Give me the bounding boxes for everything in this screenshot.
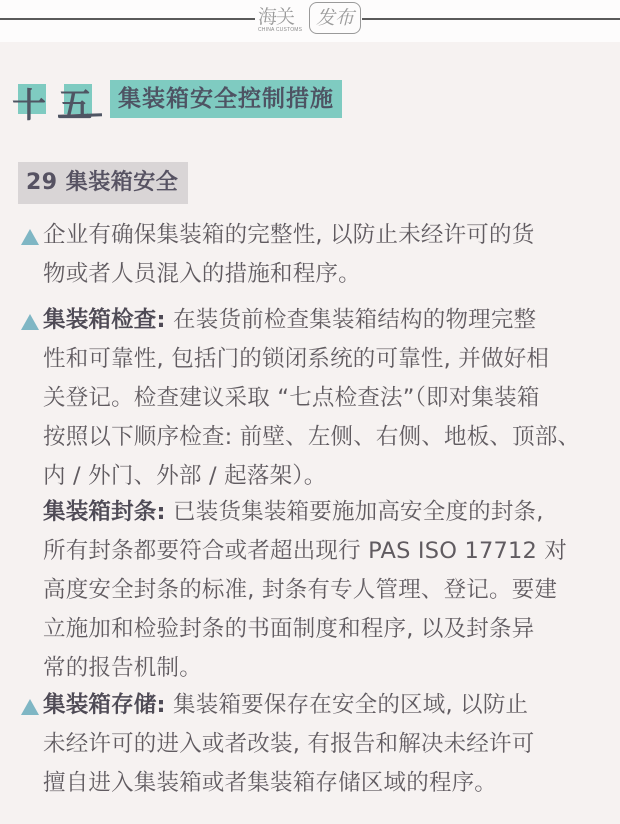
section-number-char: 十 <box>12 78 46 127</box>
paragraph-line: 未经许可的进入或者改装, 有报告和解决未经许可 <box>43 725 615 764</box>
paragraph-line: 集装箱封条: 已装货集装箱要施加高安全度的封条, <box>43 493 615 532</box>
item-label: 集装箱封条: <box>43 499 166 525</box>
paragraph-line: 集装箱存储: 集装箱要保存在安全的区域, 以防止 <box>43 686 615 725</box>
paragraph-line: 高度安全封条的标准, 封条有专人管理、登记。要建 <box>43 571 615 610</box>
list-item: 集装箱封条: 已装货集装箱要施加高安全度的封条, 所有封条都要符合或者超出现行 … <box>43 493 615 688</box>
paragraph-text: 在装货前检查集装箱结构的物理完整 <box>166 307 537 333</box>
paragraph-line: 立施加和检验封条的书面制度和程序, 以及封条异 <box>43 610 615 649</box>
item-label: 集装箱存储: <box>43 692 166 718</box>
item-label: 集装箱检查: <box>43 307 166 333</box>
paragraph-line: 性和可靠性, 包括门的锁闭系统的可靠性, 并做好相 <box>43 340 615 379</box>
paragraph-line: 关登记。检查建议采取 “七点检查法”（即对集装箱 <box>43 379 615 418</box>
paragraph-text: 集装箱要保存在安全的区域, 以防止 <box>166 692 529 718</box>
paragraph-line: 集装箱检查: 在装货前检查集装箱结构的物理完整 <box>43 301 615 340</box>
logo-main-text: 海关 <box>258 2 294 29</box>
list-item: 企业有确保集装箱的完整性, 以防止未经许可的货 物或者人员混入的措施和程序。 <box>43 216 615 294</box>
paragraph-line: 按照以下顺序检查: 前壁、左侧、右侧、地板、顶部、 <box>43 418 615 457</box>
paragraph-line: 内 / 外门、外部 / 起落架）。 <box>43 457 615 496</box>
list-item: 集装箱检查: 在装货前检查集装箱结构的物理完整 性和可靠性, 包括门的锁闭系统的… <box>43 301 615 496</box>
subsection-title: 29 集装箱安全 <box>18 162 188 204</box>
header-rule-left <box>0 18 255 20</box>
paragraph-text: 已装货集装箱要施加高安全度的封条, <box>166 499 544 525</box>
header-rule-right <box>362 18 620 20</box>
paragraph-line: 物或者人员混入的措施和程序。 <box>43 255 615 294</box>
section-number-char: 五 <box>58 78 92 127</box>
triangle-bullet-icon <box>21 699 39 715</box>
list-item: 集装箱存储: 集装箱要保存在安全的区域, 以防止 未经许可的进入或者改装, 有报… <box>43 686 615 803</box>
header-bar: 海关 CHINA CUSTOMS 发布 <box>0 0 620 42</box>
china-customs-logo: 海关 CHINA CUSTOMS 发布 <box>256 2 362 38</box>
section-title: 集装箱安全控制措施 <box>110 80 342 118</box>
logo-badge-text: 发布 <box>309 2 361 34</box>
triangle-bullet-icon <box>21 314 39 330</box>
paragraph-line: 企业有确保集装箱的完整性, 以防止未经许可的货 <box>43 216 615 255</box>
triangle-bullet-icon <box>21 229 39 245</box>
paragraph-line: 常的报告机制。 <box>43 649 615 688</box>
paragraph-line: 擅自进入集装箱或者集装箱存储区域的程序。 <box>43 764 615 803</box>
logo-sub-text: CHINA CUSTOMS <box>258 27 302 33</box>
paragraph-line: 所有封条都要符合或者超出现行 PAS ISO 17712 对 <box>43 532 615 571</box>
